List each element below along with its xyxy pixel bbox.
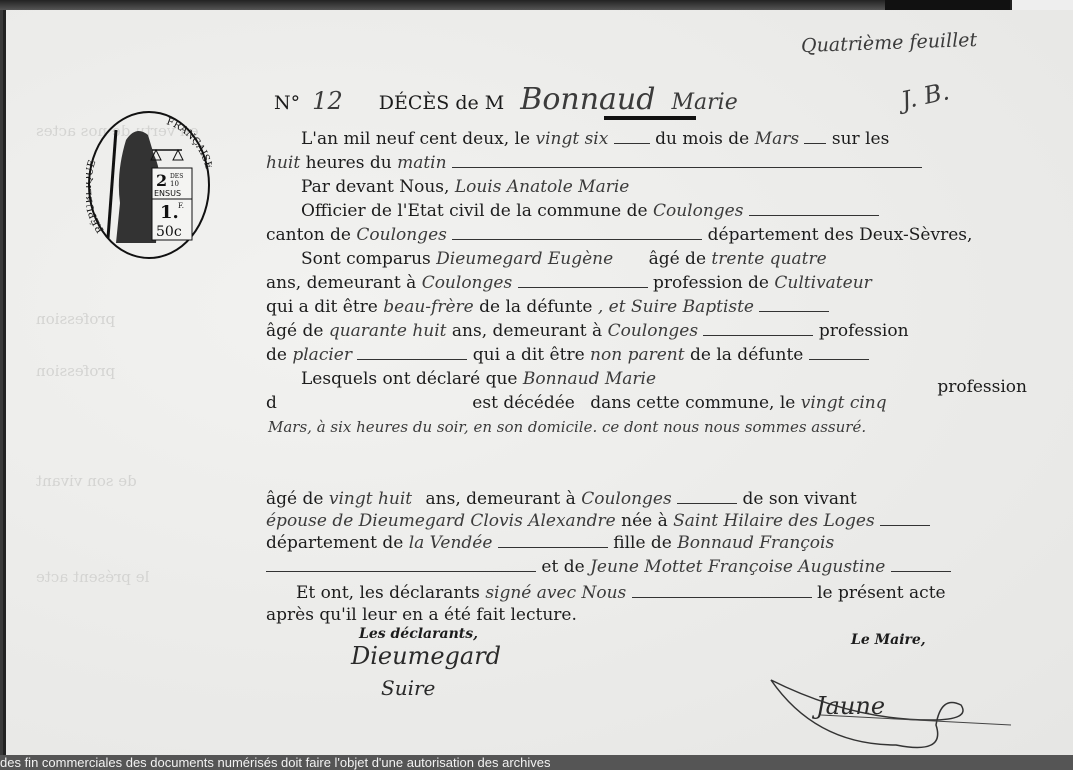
line-witness-1: Sont comparus Dieumegard Eugène âgé de t…	[301, 248, 827, 270]
deceased-given-name: Marie	[672, 90, 738, 115]
svg-text:F.: F.	[178, 202, 184, 210]
line-parents-father: département de la Vendée fille de Bonnau…	[266, 532, 834, 554]
maire-flourish	[761, 670, 1021, 750]
margin-initials: J. B.	[899, 77, 952, 114]
viewer-top-bar	[0, 0, 1073, 10]
svg-text:1.: 1.	[160, 202, 179, 223]
stamp-text-right: FRANÇAISE	[165, 116, 212, 170]
line-date: L'an mil neuf cent deux, le vingt six du…	[301, 128, 889, 150]
bleed-through-text: le présent acte	[36, 568, 149, 586]
document-page: en vertu de nos actes profession profess…	[3, 10, 1073, 755]
line-parents-mother: et de Jeune Mottet Françoise Augustine	[266, 556, 951, 578]
svg-text:FRANÇAISE: FRANÇAISE	[165, 116, 212, 170]
stamp-icon: 2 DES 10 ENSUS 1. F. 50c RÉPUBLIQUE FRAN…	[86, 110, 212, 260]
svg-text:ENSUS: ENSUS	[154, 189, 181, 198]
line-deceased-age: âgé de vingt huit ans, demeurant à Coulo…	[266, 488, 857, 510]
record-title: N° 12 DÉCÈS de M Bonnaud Marie	[274, 82, 738, 117]
svg-text:10: 10	[170, 180, 179, 188]
tax-stamp: 2 DES 10 ENSUS 1. F. 50c RÉPUBLIQUE FRAN…	[86, 110, 212, 260]
declarant-2-signature: Suire	[381, 676, 435, 700]
usage-notice-text: des fin commerciales des documents numér…	[0, 755, 551, 770]
title-underline	[604, 116, 696, 120]
stamp-tax-top: 2	[156, 171, 167, 190]
line-hour: huit heures du matin	[266, 152, 922, 174]
line-commune: Officier de l'Etat civil de la commune d…	[301, 200, 879, 222]
maire-label: Le Maire,	[851, 632, 926, 648]
bleed-through-text: profession	[36, 310, 115, 328]
line-declaration: Lesquels ont déclaré que Bonnaud Marie p…	[301, 368, 1027, 390]
line-signing: Et ont, les déclarants signé avec Nous l…	[296, 582, 946, 604]
declarant-1-signature: Dieumegard	[351, 642, 501, 670]
line-officer: Par devant Nous, Louis Anatole Marie	[301, 176, 629, 198]
bleed-through-text: profession	[36, 362, 115, 380]
svg-text:RÉPUBLIQUE: RÉPUBLIQUE	[86, 159, 107, 235]
line-canton: canton de Coulonges département des Deux…	[266, 224, 972, 246]
line-death-detail: Mars, à six heures du soir, en son domic…	[268, 416, 866, 438]
line-witness-1-residence: ans, demeurant à Coulonges profession de…	[266, 272, 872, 294]
svg-text:DES: DES	[170, 173, 183, 180]
number-label: N°	[274, 92, 300, 114]
usage-notice-bar: des fin commerciales des documents numér…	[0, 755, 1073, 770]
declarants-label: Les déclarants,	[359, 626, 478, 642]
deceased-surname: Bonnaud	[520, 82, 655, 117]
record-number: 12	[312, 87, 343, 115]
line-witness-2-profession: de placier qui a dit être non parent de …	[266, 344, 869, 366]
stamp-text-left: RÉPUBLIQUE	[86, 159, 107, 235]
line-witness-2: âgé de quarante huit ans, demeurant à Co…	[266, 320, 909, 342]
record-type: DÉCÈS de M	[379, 92, 504, 114]
line-death: d est décédée dans cette commune, le vin…	[266, 392, 887, 414]
svg-text:50c: 50c	[156, 224, 182, 240]
line-reading: après qu'il leur en a été fait lecture.	[266, 604, 577, 626]
line-spouse: épouse de Dieumegard Clovis Alexandre né…	[266, 510, 930, 532]
line-witness-1-relation: qui a dit être beau-frère de la défunte …	[266, 296, 829, 318]
margin-note-feuillet: Quatrième feuillet	[801, 29, 978, 57]
bleed-through-text: de son vivant	[36, 472, 137, 490]
